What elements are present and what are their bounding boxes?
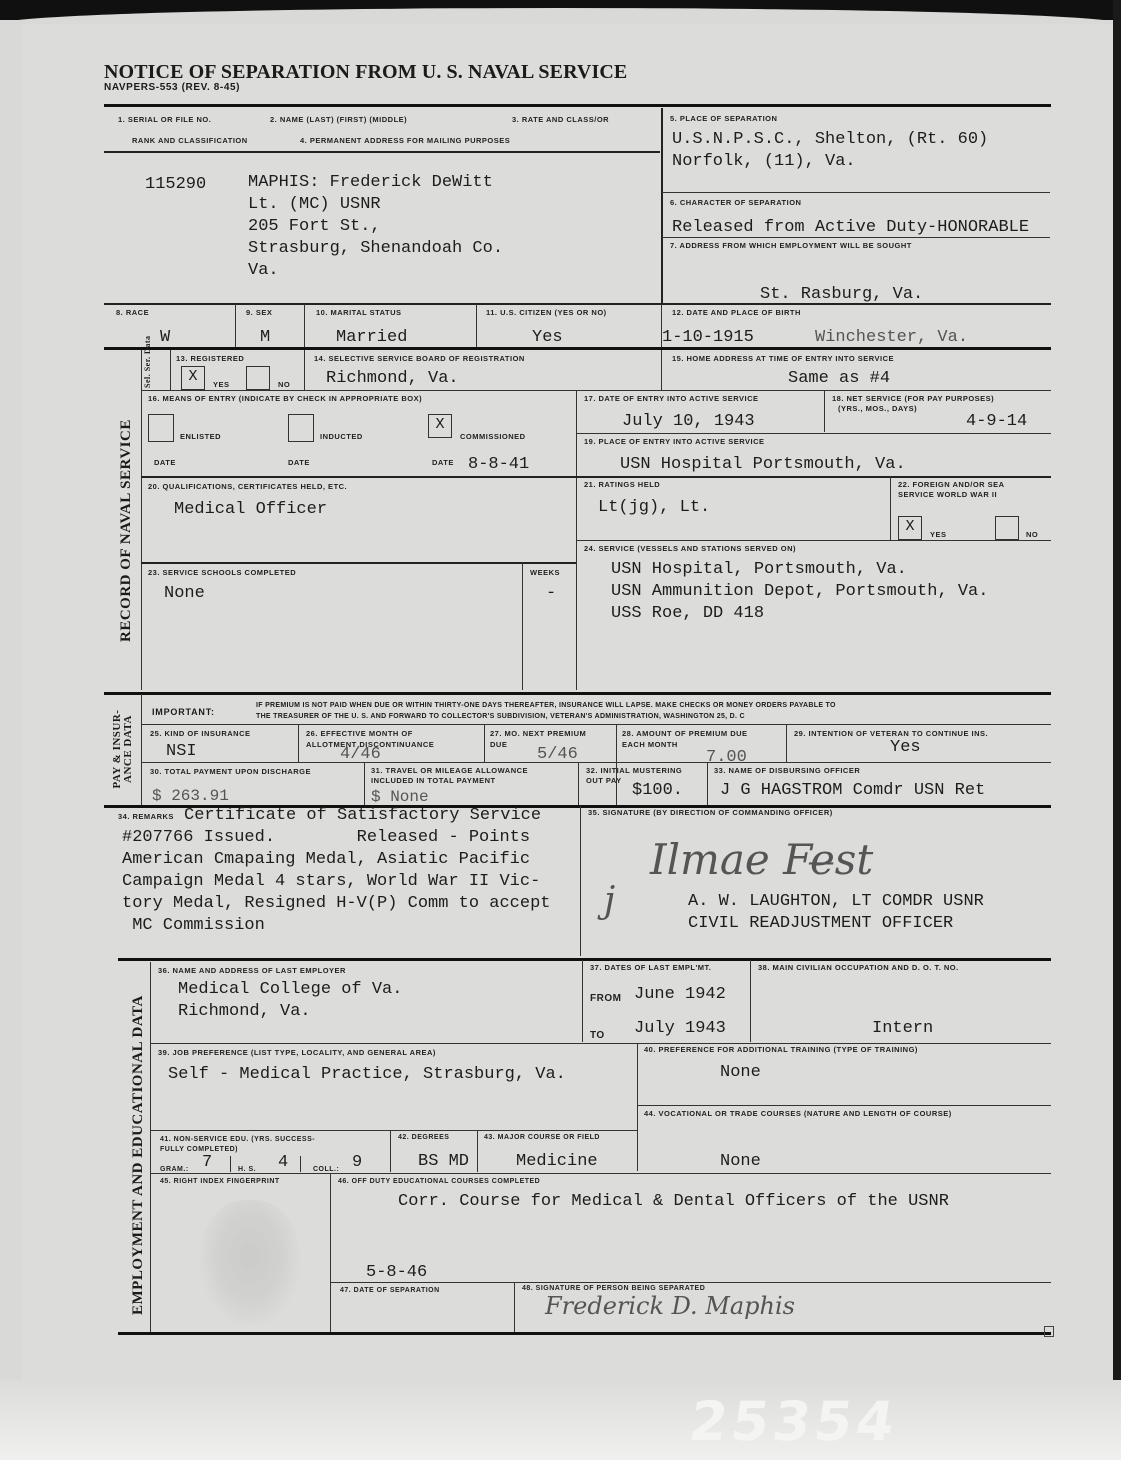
label-hs: H. S.: [238, 1166, 256, 1173]
citizen-value: Yes: [532, 328, 563, 347]
label-inducted: Inducted: [320, 432, 363, 441]
label-commissioned: Commissioned: [460, 432, 526, 441]
label-reg-no: No: [278, 380, 290, 389]
service-schools-value: None: [164, 584, 205, 603]
divider: [330, 1173, 331, 1332]
label-allotment: 26. Effective month of: [306, 729, 413, 738]
race-value: W: [160, 328, 170, 347]
label-home-address: 15. Home address at time of entry into s…: [672, 354, 894, 363]
address-line: Strasburg, Shenandoah Co.: [248, 238, 503, 260]
divider: [141, 562, 576, 564]
sex-value: M: [260, 328, 270, 347]
label-to: To: [590, 1030, 605, 1041]
label-mustering: 32. Initial mustering: [586, 766, 682, 775]
entry-date-value: July 10, 1943: [622, 412, 755, 431]
label-qualifications: 20. Qualifications, certificates held, e…: [148, 482, 347, 491]
label-entry-place: 19. Place of entry into active service: [584, 437, 765, 446]
service-station: USS Roe, DD 418: [611, 603, 988, 625]
archive-stamp-number: 25354: [686, 1390, 903, 1453]
label-serial: 1. Serial or file no.: [118, 115, 211, 124]
employment-address: St. Rasburg, Va.: [760, 285, 923, 304]
label-fingerprint: 45. Right index fingerprint: [160, 1178, 280, 1185]
label-off-duty-courses: 46. Off duty educational courses complet…: [338, 1178, 540, 1185]
label-travel-2: included in total payment: [371, 776, 496, 785]
foreign-service-yes-checkbox[interactable]: X: [898, 516, 922, 540]
label-empl-dates: 37. Dates of last empl'mt.: [590, 963, 711, 972]
label-continue-ins: 29. Intention of veteran to continue ins…: [794, 729, 988, 738]
travel-value: $ None: [371, 788, 429, 806]
divider: [150, 1130, 637, 1131]
divider: [750, 960, 751, 1042]
marital-value: Married: [336, 328, 407, 347]
remarks-line: MC Commission: [122, 915, 550, 937]
last-employer-block: Medical College of Va. Richmond, Va.: [178, 979, 402, 1023]
label-date: Date: [432, 458, 454, 467]
label-vocational: 44. Vocational or trade courses (nature …: [644, 1109, 952, 1118]
entry-place-value: USN Hospital Portsmouth, Va.: [620, 455, 906, 474]
remarks-line: tory Medal, Resigned H-V(P) Comm to acce…: [122, 893, 550, 915]
divider: [578, 762, 579, 806]
label-next-premium-2: due: [490, 740, 507, 749]
important-label: IMPORTANT:: [152, 707, 215, 717]
label-sel-ser: Sel. Ser. Data: [143, 336, 152, 388]
label-net-service: 18. Net service (for pay purposes): [832, 394, 994, 403]
label-ratings: 21. Ratings held: [584, 480, 660, 489]
address-line: 205 Fort St.,: [248, 216, 503, 238]
label-date: Date: [288, 458, 310, 467]
label-rank: Rank and classification: [132, 136, 248, 145]
divider: [484, 724, 485, 762]
label-enlisted: Enlisted: [180, 432, 221, 441]
divider: [476, 304, 477, 348]
divider: [576, 433, 1051, 434]
label-employment-address: 7. Address from which employment will be…: [670, 241, 912, 250]
board-value: Richmond, Va.: [326, 369, 459, 388]
divider: [890, 476, 891, 540]
divider: [637, 1105, 1051, 1106]
remarks-text: Certificate of Satisfactory Service #207…: [122, 805, 550, 937]
person-signature: Frederick D. Maphis: [545, 1292, 795, 1320]
occupation-value: Intern: [872, 1019, 933, 1038]
divider: [514, 1282, 515, 1332]
label-mustering-2: out pay: [586, 776, 622, 785]
registered-no-checkbox[interactable]: [246, 366, 270, 390]
divider: [662, 237, 1050, 238]
form-number: NAVPERS-553 (REV. 8-45): [104, 82, 240, 93]
label-board: 14. Selective service board of registrat…: [314, 354, 525, 363]
coll-value: 9: [352, 1153, 362, 1172]
total-payment-value: $ 263.91: [152, 787, 229, 805]
divider: [141, 724, 1051, 725]
off-duty-courses-value: Corr. Course for Medical & Dental Office…: [398, 1192, 949, 1211]
divider: [141, 762, 1051, 763]
label-gram: Gram.:: [160, 1166, 189, 1173]
separation-date-value: 5-8-46: [366, 1263, 427, 1282]
divider: [141, 350, 142, 690]
remarks-line: Campaign Medal 4 stars, World War II Vic…: [122, 871, 550, 893]
page-bottom-glare: [0, 1380, 1121, 1460]
divider: [364, 762, 365, 806]
label-disbursing: 33. Name of disbursing officer: [714, 766, 860, 775]
section-label-employment: EMPLOYMENT AND EDUCATIONAL DATA: [130, 995, 147, 1315]
disbursing-officer-value: J G HAGSTROM Comdr USN Ret: [720, 781, 985, 800]
mustering-value: $100.: [632, 781, 683, 800]
important-notice: IF PREMIUM IS NOT PAID WHEN DUE OR WITHI…: [256, 700, 836, 722]
divider: [576, 540, 1051, 541]
insurance-kind-value: NSI: [166, 742, 197, 761]
divider: [104, 347, 1051, 350]
corner-mark: [1044, 1326, 1054, 1337]
form-title: NOTICE OF SEPARATION FROM U. S. NAVAL SE…: [104, 61, 627, 84]
label-premium-amount: 28. Amount of premium due: [622, 729, 748, 738]
name-line: MAPHIS: Frederick DeWitt: [248, 172, 503, 194]
employer-line: Richmond, Va.: [178, 1001, 402, 1023]
label-sex: 9. Sex: [246, 308, 272, 317]
label-job-preference: 39. Job preference (list type, locality,…: [158, 1048, 436, 1057]
vocational-value: None: [720, 1152, 761, 1171]
section-label-pay-insurance: PAY & INSUR-ANCE DATA: [112, 694, 134, 804]
divider: [786, 724, 787, 762]
label-address: 4. Permanent address for mailing purpose…: [300, 136, 510, 145]
label-reg-yes: Yes: [213, 380, 230, 389]
serial-number: 115290: [145, 175, 206, 194]
registered-yes-checkbox[interactable]: X: [181, 366, 205, 390]
label-last-employer: 36. Name and address of last employer: [158, 966, 346, 975]
premium-amount-value: 7.00: [706, 748, 747, 767]
place-separation-line2: Norfolk, (11), Va.: [672, 152, 856, 171]
divider: [662, 192, 1050, 193]
label-rate: 3. Rate and class/or: [512, 115, 609, 124]
qualifications-value: Medical Officer: [174, 500, 327, 519]
address-line: Va.: [248, 260, 503, 282]
label-service-schools: 23. Service schools completed: [148, 568, 296, 577]
label-means-entry: 16. Means of entry (indicate by check in…: [148, 394, 422, 403]
notice-line: THE TREASURER OF THE U. S. AND FORWARD T…: [256, 711, 836, 722]
name-address-block: MAPHIS: Frederick DeWitt Lt. (MC) USNR 2…: [248, 172, 503, 282]
birth-date: 1-10-1915: [662, 328, 754, 347]
section-label-naval-service: RECORD OF NAVAL SERVICE: [118, 419, 135, 642]
enlisted-checkbox[interactable]: [148, 414, 174, 442]
scan-right-edge: [1113, 0, 1121, 1460]
label-net-service-units: (yrs., mos., days): [838, 404, 917, 413]
label-insurance-kind: 25. Kind of insurance: [150, 729, 251, 738]
divider: [150, 1173, 1051, 1174]
divider: [330, 1282, 1051, 1283]
inducted-checkbox[interactable]: [288, 414, 314, 442]
label-premium-amount-2: each month: [622, 740, 678, 749]
divider: [104, 692, 1051, 695]
birth-place: Winchester, Va.: [815, 328, 968, 347]
label-total-payment: 30. Total payment upon discharge: [150, 767, 311, 776]
ratings-value: Lt(jg), Lt.: [598, 498, 710, 517]
divider: [141, 694, 142, 806]
employer-line: Medical College of Va.: [178, 979, 402, 1001]
divider: [390, 1130, 391, 1172]
remarks-line: American Cmapaing Medal, Asiatic Pacific: [122, 849, 550, 871]
divider: [230, 1156, 231, 1172]
label-non-service-edu: 41. Non-service edu. (yrs. success-: [160, 1136, 315, 1143]
divider: [235, 304, 236, 348]
label-citizen: 11. U.S. Citizen (yes or no): [486, 308, 607, 317]
label-name: 2. Name (last) (first) (middle): [270, 115, 407, 124]
label-race: 8. Race: [116, 308, 149, 317]
net-service-value: 4-9-14: [966, 412, 1027, 431]
major-value: Medicine: [516, 1152, 598, 1171]
commissioned-date: 8-8-41: [468, 455, 529, 474]
service-station: USN Hospital, Portsmouth, Va.: [611, 559, 988, 581]
divider: [616, 724, 617, 806]
empl-from-value: June 1942: [634, 985, 726, 1004]
divider: [118, 1332, 1051, 1335]
divider: [522, 562, 523, 690]
label-marital: 10. Marital status: [316, 308, 402, 317]
label-weeks: Weeks: [530, 568, 560, 577]
hs-value: 4: [278, 1153, 288, 1172]
degrees-value: BS MD: [418, 1152, 469, 1171]
continue-ins-value: Yes: [890, 738, 921, 757]
label-foreign-yes: Yes: [930, 530, 947, 539]
label-officer-signature: 35. Signature (by direction of commandin…: [588, 808, 833, 817]
divider: [104, 303, 1051, 305]
divider: [104, 151, 660, 153]
label-travel: 31. Travel or mileage allowance: [371, 766, 528, 775]
divider: [141, 476, 1051, 478]
label-foreign-no: No: [1026, 530, 1038, 539]
foreign-service-no-checkbox[interactable]: [995, 516, 1019, 540]
service-station: USN Ammunition Depot, Portsmouth, Va.: [611, 581, 988, 603]
label-foreign-service: 22. Foreign and/or sea: [898, 480, 1005, 489]
label-foreign-service-2: service World War II: [898, 490, 997, 499]
label-coll: Coll.:: [313, 1166, 339, 1173]
gram-value: 7: [202, 1153, 212, 1172]
label-birth: 12. Date and place of birth: [672, 308, 801, 317]
home-address-value: Same as #4: [788, 369, 890, 388]
training-pref-value: None: [720, 1063, 761, 1082]
label-occupation: 38. Main civilian occupation and D. O. T…: [758, 963, 959, 972]
remarks-line: #207766 Issued. Released - Points: [122, 827, 550, 849]
remarks-line: Certificate of Satisfactory Service: [122, 805, 550, 827]
label-date: Date: [154, 458, 176, 467]
rank-line: Lt. (MC) USNR: [248, 194, 503, 216]
divider: [477, 1130, 478, 1172]
label-degrees: 42. Degrees: [398, 1134, 449, 1141]
divider: [150, 962, 151, 1332]
label-place-separation: 5. Place of separation: [670, 114, 777, 123]
officer-title: CIVIL READJUSTMENT OFFICER: [688, 914, 953, 933]
place-separation-line1: U.S.N.P.S.C., Shelton, (Rt. 60): [672, 130, 988, 149]
officer-initial: j: [604, 880, 615, 921]
divider: [707, 762, 708, 806]
label-separation-date: 47. Date of separation: [340, 1287, 440, 1294]
label-entry-date: 17. Date of entry into active service: [584, 394, 759, 403]
empl-to-value: July 1943: [634, 1019, 726, 1038]
label-character: 6. Character of separation: [670, 198, 801, 207]
divider: [104, 104, 1051, 107]
notice-line: IF PREMIUM IS NOT PAID WHEN DUE OR WITHI…: [256, 700, 836, 711]
label-major: 43. Major course or field: [484, 1134, 600, 1141]
label-from: From: [590, 993, 621, 1004]
divider: [118, 958, 1051, 961]
divider: [304, 350, 305, 390]
label-service-stations: 24. Service (vessels and stations served…: [584, 544, 796, 553]
divider: [582, 960, 583, 1042]
divider: [580, 806, 581, 956]
divider: [300, 1156, 301, 1172]
divider: [298, 724, 299, 762]
label-person-signature: 48. Signature of person being separated: [522, 1285, 705, 1292]
divider: [141, 390, 1051, 391]
divider: [637, 1043, 638, 1171]
character-of-separation: Released from Active Duty-HONORABLE: [672, 218, 1029, 237]
officer-signature: Ilmae Fe̶st: [650, 835, 873, 884]
divider: [824, 390, 825, 432]
label-next-premium: 27. Mo. next premium: [490, 729, 586, 738]
divider: [150, 1043, 1051, 1044]
label-registered: 13. Registered: [176, 354, 244, 363]
job-preference-value: Self - Medical Practice, Strasburg, Va.: [168, 1065, 566, 1084]
officer-name: A. W. LAUGHTON, LT COMDR USNR: [688, 892, 984, 911]
divider: [170, 350, 171, 390]
divider: [661, 108, 663, 304]
label-non-service-edu-2: fully completed): [160, 1146, 238, 1153]
commissioned-checkbox[interactable]: X: [428, 414, 452, 438]
label-training-pref: 40. Preference for additional training (…: [644, 1045, 918, 1054]
service-stations-list: USN Hospital, Portsmouth, Va. USN Ammuni…: [611, 559, 988, 625]
divider: [304, 304, 305, 348]
fingerprint-image: [200, 1200, 300, 1325]
weeks-value: -: [546, 584, 556, 603]
